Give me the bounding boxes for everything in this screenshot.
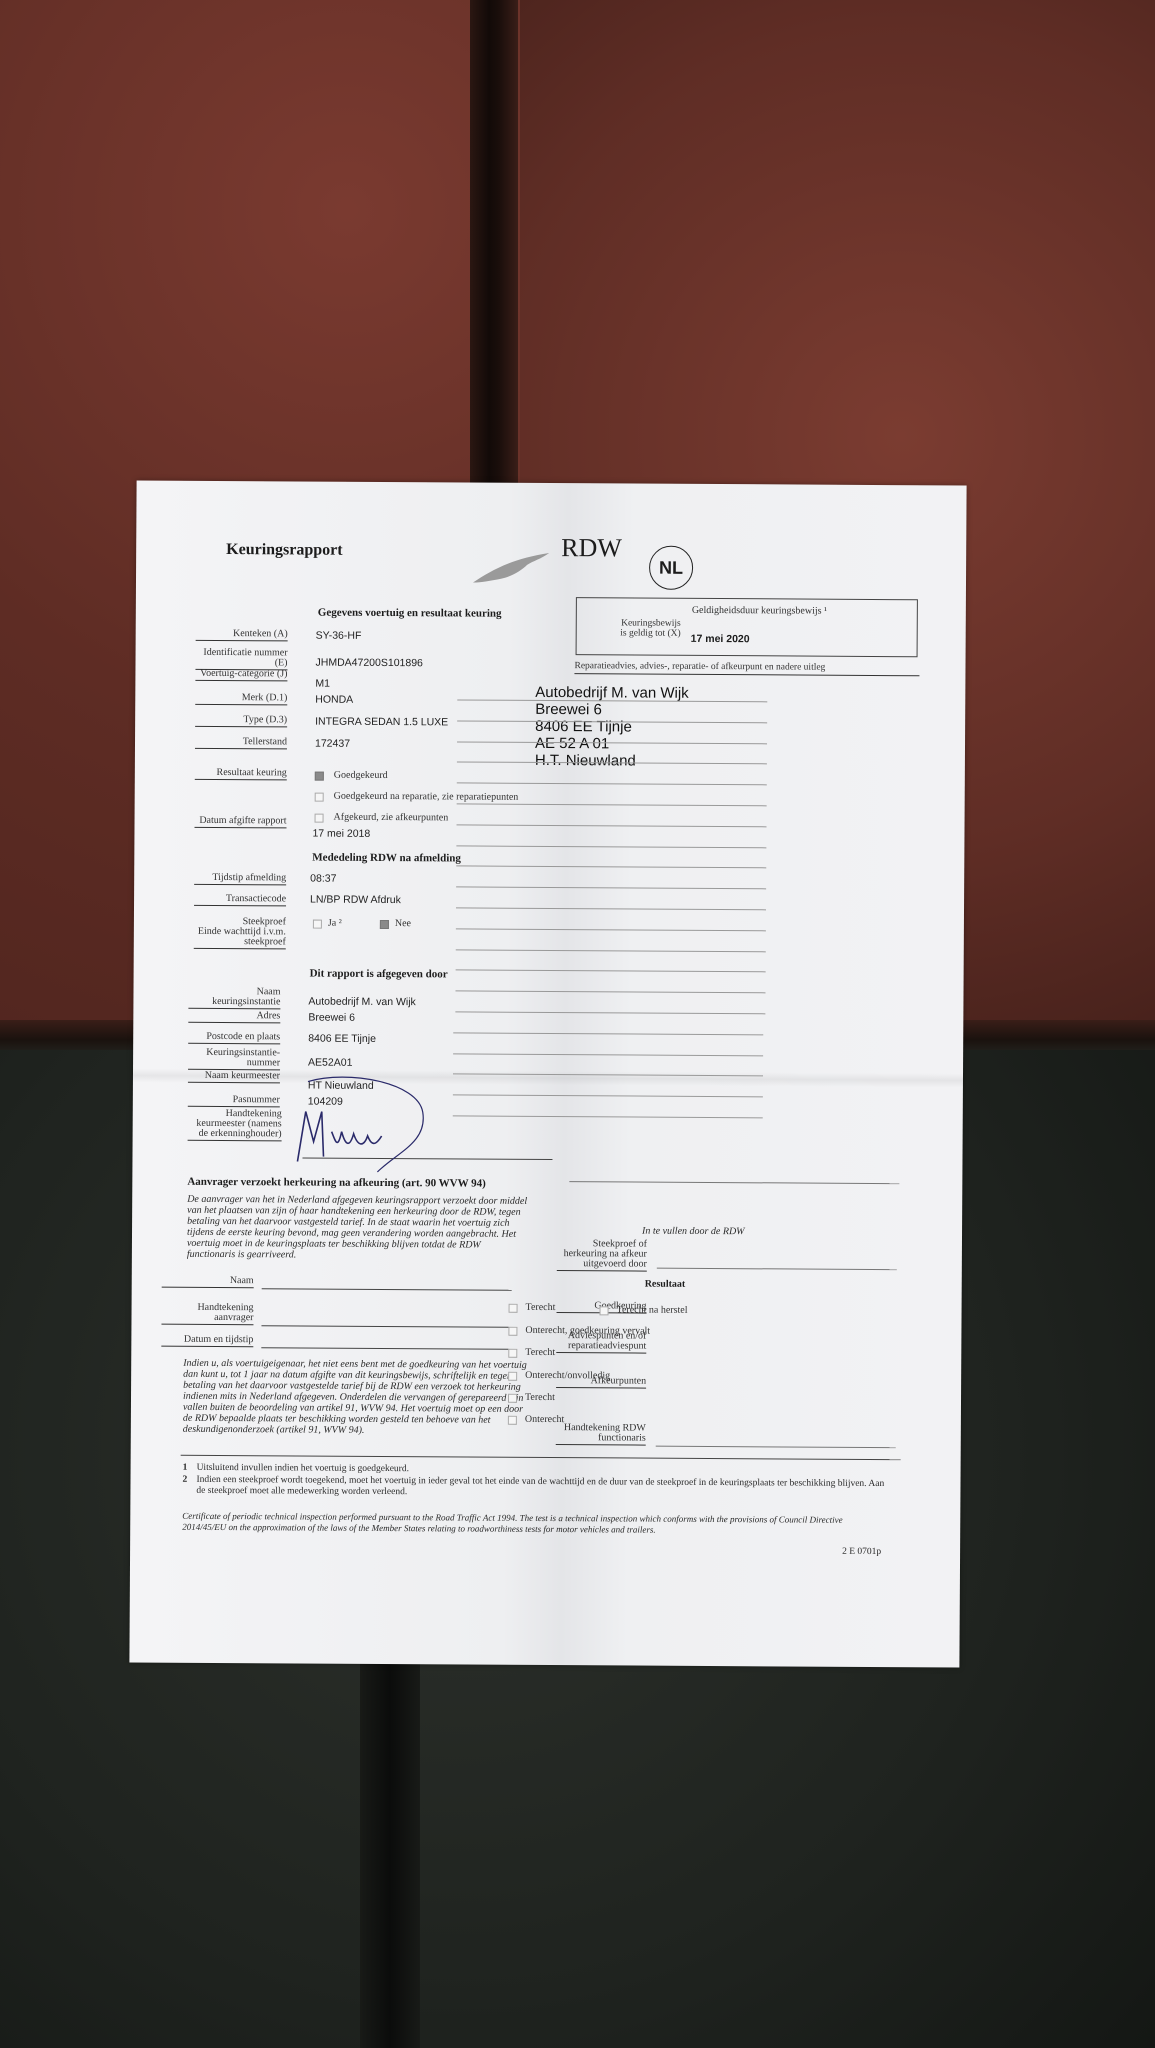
sample-option-label: Ja ²	[328, 918, 342, 929]
ruled-line	[456, 970, 766, 973]
field-label: Tellerstand	[195, 737, 287, 750]
rdw-section-heading: In te vullen door de RDW	[642, 1226, 745, 1238]
validity-heading: Geldigheidsduur keuringsbewijs ¹	[692, 605, 827, 617]
rdw-checkbox[interactable]	[508, 1327, 517, 1336]
ruled-line	[453, 1032, 763, 1035]
issuer-label: Naam keuringsinstantie	[188, 987, 280, 1010]
ruled-line	[456, 887, 766, 890]
ruled-line	[455, 1011, 765, 1014]
field-value: JHMDA47200S101896	[315, 657, 422, 670]
sample-checkbox[interactable]	[313, 920, 322, 929]
section-vehicle-heading: Gegevens voertuig en resultaat keuring	[318, 607, 502, 620]
issuer-value: AE52A01	[308, 1057, 352, 1069]
footnote-number: 2	[182, 1475, 187, 1486]
sample-option-label: Nee	[395, 918, 411, 929]
reinspection-text: De aanvrager van het in Nederland afgege…	[187, 1194, 527, 1262]
result-checkbox[interactable]	[315, 814, 324, 823]
ruled-line	[456, 928, 766, 931]
document-title: Keuringsrapport	[226, 541, 343, 560]
stamp-line: Breewei 6	[535, 702, 602, 717]
result-label: Resultaat keuring	[195, 768, 287, 781]
result-checkbox[interactable]	[315, 793, 324, 802]
ruled-line	[453, 1095, 763, 1098]
transaction-label: Transactiecode	[194, 894, 286, 907]
field-value: M1	[315, 678, 330, 690]
certificate-text: Certificate of periodic technical inspec…	[182, 1511, 872, 1537]
rdw-checkbox[interactable]	[509, 1304, 518, 1313]
rdw-checkbox[interactable]	[508, 1372, 517, 1381]
ruled-line	[456, 907, 766, 910]
inspection-report-paper: Keuringsrapport RDW NL Gegevens voertuig…	[129, 480, 966, 1667]
rdw-logo: RDW	[561, 533, 622, 563]
requester-name-field[interactable]	[262, 1288, 512, 1291]
stamp-line: AE 52 A 01	[535, 736, 609, 751]
section-issuer-heading: Dit rapport is afgegeven door	[310, 968, 448, 981]
ruled-line	[453, 1053, 763, 1056]
field-label: Type (D.3)	[195, 715, 287, 728]
issuer-label: Postcode en plaats	[188, 1032, 280, 1045]
requester-datetime-label: Datum en tijdstip	[161, 1335, 253, 1348]
wait-label: Einde wachttijd i.v.m. steekproef	[194, 927, 286, 950]
validity-label: Keuringsbewijs is geldig tot (X)	[617, 618, 681, 638]
pavement-gap-lower	[360, 1660, 420, 2048]
result-option-label: Goedgekeurd	[334, 770, 388, 781]
rdw-feather-logo-icon	[471, 551, 551, 585]
issue-date-value: 17 mei 2018	[312, 828, 370, 840]
performed-by-label: Steekproef of herkeuring na afkeur uitge…	[557, 1239, 647, 1272]
ruled-line	[456, 845, 766, 848]
ruled-line	[457, 783, 767, 786]
ruled-line	[456, 949, 766, 952]
pavement-gap	[470, 0, 518, 500]
issuer-label: Naam keurmeester	[188, 1071, 280, 1084]
footnote-text: Indien een steekproef wordt toegekend, m…	[196, 1475, 886, 1501]
right-divider	[569, 1181, 899, 1184]
time-value: 08:37	[310, 873, 336, 885]
field-value: SY-36-HF	[316, 630, 362, 642]
rdw-checkbox[interactable]	[508, 1349, 517, 1358]
requester-name-label: Naam	[162, 1276, 254, 1289]
repair-heading: Reparatieadvies, advies-, reparatie- of …	[574, 661, 919, 676]
rdw-checkbox[interactable]	[508, 1394, 517, 1403]
field-value: HONDA	[315, 694, 353, 706]
issuer-label: Adres	[188, 1011, 280, 1024]
issue-date-label: Datum afgifte rapport	[194, 816, 286, 829]
issuer-value: 8406 EE Tijnje	[308, 1033, 376, 1045]
issuer-value: Breewei 6	[308, 1012, 355, 1024]
ruled-line	[456, 866, 766, 869]
ruled-line	[453, 1115, 763, 1118]
result-checkbox[interactable]	[315, 772, 324, 781]
rdw-checkbox[interactable]	[508, 1416, 517, 1425]
section-notice-heading: Mededeling RDW na afmelding	[312, 852, 461, 865]
rdw-checkbox[interactable]	[600, 1306, 609, 1315]
rdw-option-label: Terecht	[526, 1302, 556, 1313]
issuer-value: Autobedrijf M. van Wijk	[308, 996, 415, 1009]
rdw-signature-label: Handtekening RDW functionaris	[556, 1423, 646, 1446]
result-option-label: Goedgekeurd na reparatie, zie reparatiep…	[334, 791, 519, 803]
issuer-label: Pasnummer	[188, 1095, 280, 1108]
transaction-value: LN/BP RDW Afdruk	[310, 894, 401, 907]
footnote-number: 1	[183, 1463, 188, 1474]
validity-box: Geldigheidsduur keuringsbewijs ¹ Keuring…	[576, 597, 918, 657]
rdw-option-label: Terecht	[525, 1347, 555, 1358]
result-heading: Resultaat	[645, 1279, 686, 1290]
rdw-option-label: Onterecht, goedkeuring vervalt	[525, 1325, 650, 1337]
footer-divider	[181, 1455, 901, 1460]
owner-text: Indien u, als voertuigeigenaar, het niet…	[183, 1358, 528, 1437]
ruled-line	[457, 803, 767, 806]
performed-by-field[interactable]	[657, 1268, 897, 1270]
ruled-line	[457, 699, 767, 702]
ruled-line	[457, 824, 767, 827]
rdw-signature-field[interactable]	[656, 1446, 896, 1448]
field-label: Voertuig-categorie (J)	[195, 669, 287, 682]
stamp-line: Autobedrijf M. van Wijk	[535, 685, 688, 701]
stamp-line: H.T. Nieuwland	[535, 753, 636, 769]
ruled-line	[456, 991, 766, 994]
rdw-option-label: Onterecht/onvolledig	[525, 1370, 610, 1382]
field-label: Merk (D.1)	[195, 693, 287, 706]
requester-datetime-field[interactable]	[261, 1347, 511, 1350]
signature-label: Handtekening keurmeester (namens de erke…	[188, 1109, 282, 1142]
field-value: INTEGRA SEDAN 1.5 LUXE	[315, 716, 448, 729]
inspector-signature	[287, 1071, 428, 1182]
requester-signature-field[interactable]	[261, 1325, 511, 1328]
field-value: 172437	[315, 738, 350, 750]
requester-signature-label: Handtekening aanvrager	[161, 1303, 253, 1326]
time-label: Tijdstip afmelding	[194, 873, 286, 886]
reinspection-heading: Aanvrager verzoekt herkeuring na afkeuri…	[187, 1176, 486, 1190]
rdw-option-label: Terecht	[525, 1392, 555, 1403]
form-code: 2 E 0701p	[842, 1547, 881, 1558]
result-option-label: Afgekeurd, zie afkeurpunten	[334, 812, 449, 824]
issuer-label: Keuringsinstantie-nummer	[188, 1048, 280, 1071]
validity-value: 17 mei 2020	[691, 633, 750, 645]
rdw-option-label: Terecht na herstel	[617, 1304, 688, 1315]
field-label: Kenteken (A)	[196, 629, 288, 642]
sample-checkbox[interactable]	[380, 920, 389, 929]
nl-country-badge: NL	[649, 546, 693, 590]
ruled-line	[457, 741, 767, 744]
